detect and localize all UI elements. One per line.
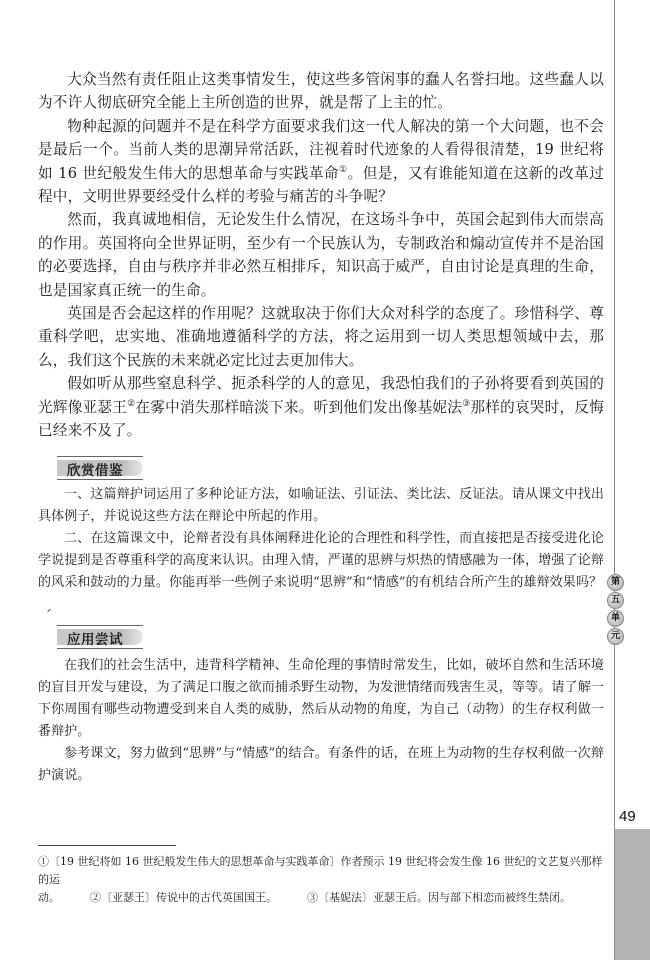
footnote-1: ①〔19 世纪将如 16 世纪般发生伟大的思想革命与实践革命〕作者预示 19 世… [38, 853, 608, 889]
unit-tab-char: 第 [607, 574, 624, 591]
body-text: 大众当然有责任阻止这类事情发生，使这些多管闲事的蠢人名誉扫地。这些蠢人以为不许人… [38, 68, 604, 443]
section-title: 应用尝试 [67, 628, 123, 648]
page-number: 49 [619, 808, 636, 825]
textbook-page: 大众当然有责任阻止这类事情发生，使这些多管闲事的蠢人名誉扫地。这些蠢人以为不许人… [0, 0, 650, 960]
footnotes: ①〔19 世纪将如 16 世纪般发生伟大的思想革命与实践革命〕作者预示 19 世… [38, 853, 608, 907]
paragraph-5: 假如听从那些窒息科学、扼杀科学的人的意见，我恐怕我们的子孙将要看到英国的光辉像亚… [38, 372, 604, 442]
section-title: 欣赏借鉴 [67, 459, 123, 479]
unit-tab-char: 单 [607, 610, 624, 627]
question-1: 一、这篇辩护词运用了多种论证方法，如喻证法、引证法、类比法、反证法。请从课文中找… [38, 484, 604, 528]
footnote-3: ③〔基妮法〕亚瑟王后。因与部下相恋而被终生禁闭。 [307, 891, 571, 904]
paragraph-2: 物种起源的问题并不是在科学方面要求我们这一代人解决的第一个大问题，也不会是最后一… [38, 115, 604, 209]
section-heading-application: 应用尝试 [57, 625, 143, 649]
paragraph-4: 英国是否会起这样的作用呢？这就取决于你们大众对科学的态度了。珍惜科学、尊重科学吧… [38, 302, 604, 372]
unit-tab-char: 五 [607, 592, 624, 609]
footnote-2: ②〔亚瑟王〕传说中的古代英国国王。 [90, 891, 277, 904]
paragraph-1: 大众当然有责任阻止这类事情发生，使这些多管闲事的蠢人名誉扫地。这些蠢人以为不许人… [38, 68, 604, 115]
margin-rule [614, 0, 615, 960]
unit-tab-char: 元 [607, 628, 624, 645]
footnote-ref-1: ① [339, 165, 348, 175]
paragraph-5-text-b: 在雾中消失那样暗淡下来。听到他们发出像基妮法 [135, 399, 462, 416]
application-tasks: 在我们的社会生活中，违背科学精神、生命伦理的事情时常发生，比如，破坏自然和生活环… [38, 655, 604, 787]
stray-mark [47, 609, 51, 613]
question-2: 二、在这篇课文中，论辩者没有具体阐释进化论的合理性和科学性，而直接把是否接受进化… [38, 528, 604, 594]
footnote-divider [38, 845, 176, 846]
footnote-1-end: 动。 [38, 891, 60, 904]
task-2: 参考课文，努力做到“思辨”与“情感”的结合。有条件的话，在班上为动物的生存权利做… [38, 743, 604, 787]
paragraph-3: 然而，我真诚地相信，无论发生什么情况，在这场斗争中，英国会起到伟大而崇高的作用。… [38, 208, 604, 302]
section-heading-appreciation: 欣赏借鉴 [57, 456, 143, 480]
task-1: 在我们的社会生活中，违背科学精神、生命伦理的事情时常发生，比如，破坏自然和生活环… [38, 655, 604, 743]
page-edge-band [615, 829, 650, 960]
appreciation-questions: 一、这篇辩护词运用了多种论证方法，如喻证法、引证法、类比法、反证法。请从课文中找… [38, 484, 604, 594]
footnote-line-2: 动。②〔亚瑟王〕传说中的古代英国国王。③〔基妮法〕亚瑟王后。因与部下相恋而被终生… [38, 889, 608, 907]
